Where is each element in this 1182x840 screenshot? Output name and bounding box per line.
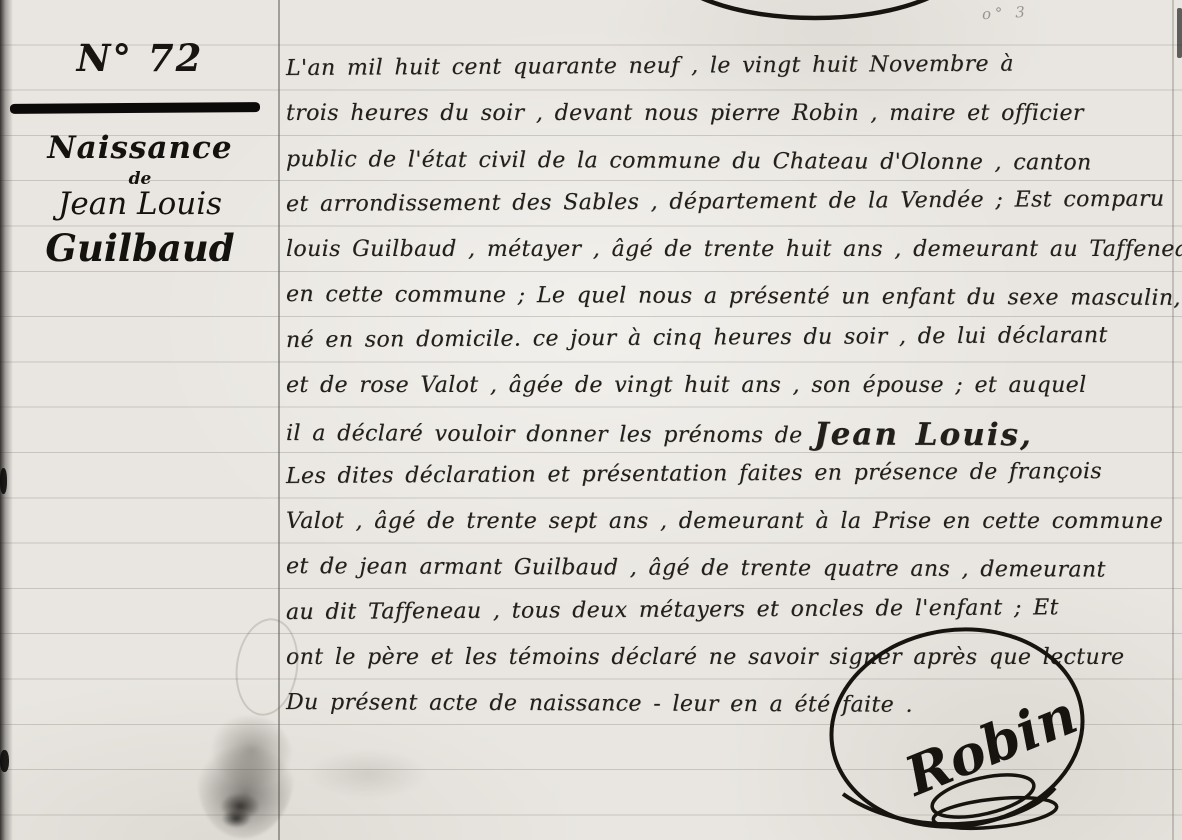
register-page: o° 3 N° 72 Naissance de Jean Louis Guilb… xyxy=(0,0,1182,840)
smudge-mark xyxy=(288,738,448,810)
edge-ink-spot xyxy=(0,468,7,494)
child-prenoms-emphasis: Jean Louis, xyxy=(814,417,1033,454)
body-line: Les dites déclaration et présentation fa… xyxy=(286,448,1178,499)
record-number: N° 72 xyxy=(0,36,280,80)
body-line: louis Guilbaud , métayer , âgé de trente… xyxy=(286,227,1178,272)
mayor-signature-flourish: Robin xyxy=(815,626,1105,840)
margin-divider-line xyxy=(278,0,280,840)
previous-signature-flourish xyxy=(655,0,975,26)
act-type-title: Naissance xyxy=(0,130,280,166)
body-line-prenoms-prefix: il a déclaré vouloir donner les prénoms … xyxy=(286,421,814,448)
edge-ink-spot xyxy=(0,750,9,772)
child-surname: Guilbaud xyxy=(0,226,280,270)
margin-thick-rule xyxy=(10,102,260,114)
body-line: trois heures du soir , devant nous pierr… xyxy=(286,91,1178,136)
faint-corner-mark: o° 3 xyxy=(982,3,1030,23)
body-line: Valot , âgé de trente sept ans , demeura… xyxy=(286,499,1178,544)
body-line: L'an mil huit cent quarante neuf , le vi… xyxy=(286,41,1178,92)
body-line: et arrondissement des Sables , départeme… xyxy=(286,176,1178,227)
body-line: et de rose Valot , âgée de vingt huit an… xyxy=(286,363,1178,408)
signature-name: Robin xyxy=(894,682,1085,809)
body-line: né en son domicile. ce jour à cinq heure… xyxy=(286,312,1178,363)
act-body-text: L'an mil huit cent quarante neuf , le vi… xyxy=(286,46,1178,725)
binding-edge xyxy=(0,0,13,840)
child-given-names: Jean Louis xyxy=(0,186,280,222)
